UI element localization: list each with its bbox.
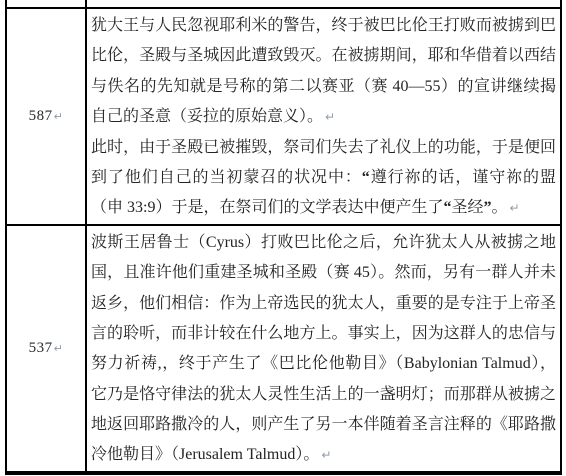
text-segment: 犹大王与人民忽视耶利米的警告，终于被巴比伦王打败而被掳到巴: [91, 17, 556, 34]
text-segment: 此时，由于圣殿已被摧毁，祭司们失去了礼仪上的功能，于是便回: [91, 139, 556, 156]
paragraph: 犹大王与人民忽视耶利米的警告，终于被巴比伦王打败而被掳到巴比伦，圣殿与圣城因此遭…: [91, 11, 556, 133]
text-segment: 波斯王居鲁士（Cyrus）打败巴比伦之后，允许犹太人从被掳之地返: [91, 234, 556, 258]
text-segment: 自己的圣意（妥拉的原始意义）。: [91, 108, 323, 125]
partial-text-cell: [87, 0, 560, 7]
text-line: 冷他勒目》（Jerusalem Talmud）。↵: [91, 440, 556, 470]
return-mark-icon: ↵: [323, 110, 335, 124]
paragraph: 此时，由于圣殿已被摧毁，祭司们失去了礼仪上的功能，于是便回到了他们自己的当初蒙召…: [91, 133, 556, 224]
text-line: 波斯王居鲁士（Cyrus）打败巴比伦之后，允许犹太人从被掳之地返: [91, 228, 556, 258]
text-line: 与佚名的先知就是号称的第二以赛亚（赛 40—55）的宣讲继续揭示: [91, 72, 556, 102]
year-cell: 537↵: [7, 226, 87, 471]
text-line: 努力祈祷,，终于产生了《巴比伦他勒目》（Babylonian Talmud），: [91, 349, 556, 379]
text-segment: 圣经: [451, 199, 483, 216]
text-line: 国，且准许他们重建圣城和圣殿（赛 45）。然而，另有一群人并未: [91, 258, 556, 288]
text-segment: 努力祈祷,，终于产生了《巴比伦他勒目》（Babylonian Talmud），: [91, 355, 556, 372]
text-segment: （申 33:9）于是，在祭司们的文学表达中便产生了: [91, 199, 443, 216]
text-segment: 与佚名的先知就是号称的第二以赛亚（赛 40—55）的宣讲继续揭示: [91, 78, 556, 102]
return-mark-icon: ↵: [53, 342, 64, 355]
return-mark-icon: ↵: [507, 201, 519, 215]
text-line: 自己的圣意（妥拉的原始意义）。↵: [91, 102, 556, 132]
text-segment: 冷他勒目》（Jerusalem Talmud）。: [91, 446, 319, 463]
text-cell: 犹大王与人民忽视耶利米的警告，终于被巴比伦王打败而被掳到巴比伦，圣殿与圣城因此遭…: [87, 9, 560, 224]
return-mark-icon: ↵: [319, 448, 331, 462]
partial-year-cell: [7, 0, 87, 7]
text-segment: 返乡，他们相信：作为上帝选民的犹太人，重要的是专注于上帝圣: [91, 295, 556, 312]
return-mark-icon: ↵: [53, 110, 64, 123]
year-value: 537: [29, 340, 53, 357]
bold-quote-segment: “: [362, 169, 370, 186]
text-line: 言的聆听，而非计较在什么地方上。事实上，因为这群人的忠信与: [91, 319, 556, 349]
text-segment: 言的聆听，而非计较在什么地方上。事实上，因为这群人的忠信与: [91, 325, 556, 342]
text-line: 比伦，圣殿与圣城因此遭致毁灭。在被掳期间，耶和华借着以西结: [91, 41, 556, 71]
year-cell: 587↵: [7, 9, 87, 224]
text-segment: 到了他们自己的当初蒙召的状况中：: [91, 169, 362, 186]
text-line: 犹大王与人民忽视耶利米的警告，终于被巴比伦王打败而被掳到巴: [91, 11, 556, 41]
year-value: 587: [29, 108, 53, 125]
text-segment: 地返回耶路撒冷的人，则产生了另一本伴随着圣言注释的《耶路撒: [91, 416, 556, 433]
text-cell: 波斯王居鲁士（Cyrus）打败巴比伦之后，允许犹太人从被掳之地返国，且准许他们重…: [87, 226, 560, 471]
document-page: 587↵犹大王与人民忽视耶利米的警告，终于被巴比伦王打败而被掳到巴比伦，圣殿与圣…: [0, 0, 566, 476]
text-line: 返乡，他们相信：作为上帝选民的犹太人，重要的是专注于上帝圣: [91, 289, 556, 319]
text-segment: 。: [491, 199, 507, 216]
text-segment: 国，且准许他们重建圣城和圣殿（赛 45）。然而，另有一群人并未: [91, 264, 556, 281]
text-line: 此时，由于圣殿已被摧毁，祭司们失去了礼仪上的功能，于是便回: [91, 133, 556, 163]
text-line: （申 33:9）于是，在祭司们的文学表达中便产生了“圣经”。↵: [91, 193, 556, 223]
text-segment: 比伦，圣殿与圣城因此遭致毁灭。在被掳期间，耶和华借着以西结: [91, 47, 556, 64]
text-line: 到了他们自己的当初蒙召的状况中：“遵行祢的话，谨守祢的盟约。”: [91, 163, 556, 193]
text-line: 地返回耶路撒冷的人，则产生了另一本伴随着圣言注释的《耶路撒: [91, 410, 556, 440]
paragraph: 波斯王居鲁士（Cyrus）打败巴比伦之后，允许犹太人从被掳之地返国，且准许他们重…: [91, 228, 556, 471]
history-table: 587↵犹大王与人民忽视耶利米的警告，终于被巴比伦王打败而被掳到巴比伦，圣殿与圣…: [5, 0, 562, 475]
text-segment: 它乃是恪守律法的犹太人灵性生活上的一盏明灯；而那群从被掳之: [91, 386, 556, 403]
table-row-partial: [7, 0, 560, 9]
table-row: 537↵波斯王居鲁士（Cyrus）打败巴比伦之后，允许犹太人从被掳之地返国，且准…: [7, 226, 560, 471]
table-row: 587↵犹大王与人民忽视耶利米的警告，终于被巴比伦王打败而被掳到巴比伦，圣殿与圣…: [7, 9, 560, 226]
text-line: 它乃是恪守律法的犹太人灵性生活上的一盏明灯；而那群从被掳之: [91, 380, 556, 410]
